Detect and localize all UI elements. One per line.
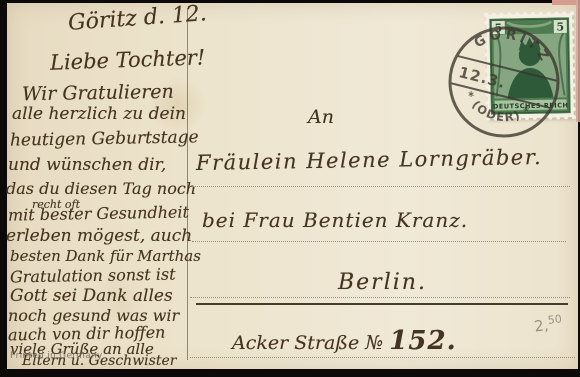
address-city: Berlin. (338, 272, 427, 294)
message-line: besten Dank für Marthas (10, 249, 201, 264)
address-rule-3-solid (196, 303, 568, 305)
paper-edge-tear (552, 0, 578, 5)
message-line: noch gesund was wir (8, 308, 179, 324)
message-line: erleben mögest, auch (6, 228, 192, 245)
stamp-value-left: 5 (494, 21, 502, 34)
address-street-line: Acker Straße № 152. (232, 328, 457, 354)
germania-stamp-graphic: 5 5 DEUTSCHES REICH (489, 17, 571, 114)
postage-stamp: 5 5 DEUTSCHES REICH (486, 13, 574, 118)
message-line: das du diesen Tag noch (6, 181, 196, 197)
address-rule-3 (190, 297, 570, 298)
message-line: Gratulation sonst ist (10, 267, 176, 286)
stamp-value-right: 5 (556, 20, 564, 33)
address-street: Acker Straße № (232, 332, 383, 354)
postcard-photo: Göritz d. 12. Liebe Tochter! Wir Gratuli… (0, 0, 580, 377)
message-line: alle herzlich zu dein (12, 106, 186, 123)
address-intro: An (308, 108, 334, 127)
message-line: heutigen Geburtstage (10, 129, 199, 149)
pencil-price-note: 2,50 (533, 312, 564, 335)
message-line: Wir Gratulieren (22, 83, 174, 105)
address-house-number: 152. (389, 326, 456, 356)
address-rule-1 (192, 186, 570, 187)
address-rule-4 (190, 357, 575, 358)
address-rule-2 (192, 241, 566, 242)
stamp-country-label: DEUTSCHES REICH (493, 101, 569, 110)
message-line: Gott sei Dank alles (10, 288, 173, 305)
message-salutation: Liebe Tochter! (50, 47, 206, 73)
message-line: mit bester Gesundheit (8, 204, 189, 223)
printed-in-germany-watermark: Printed in Germany (10, 351, 103, 361)
message-line: und wünschen dir, (8, 157, 166, 174)
address-care-of: bei Frau Bentien Kranz. (202, 210, 468, 230)
paper-edge-tear (576, 0, 580, 122)
